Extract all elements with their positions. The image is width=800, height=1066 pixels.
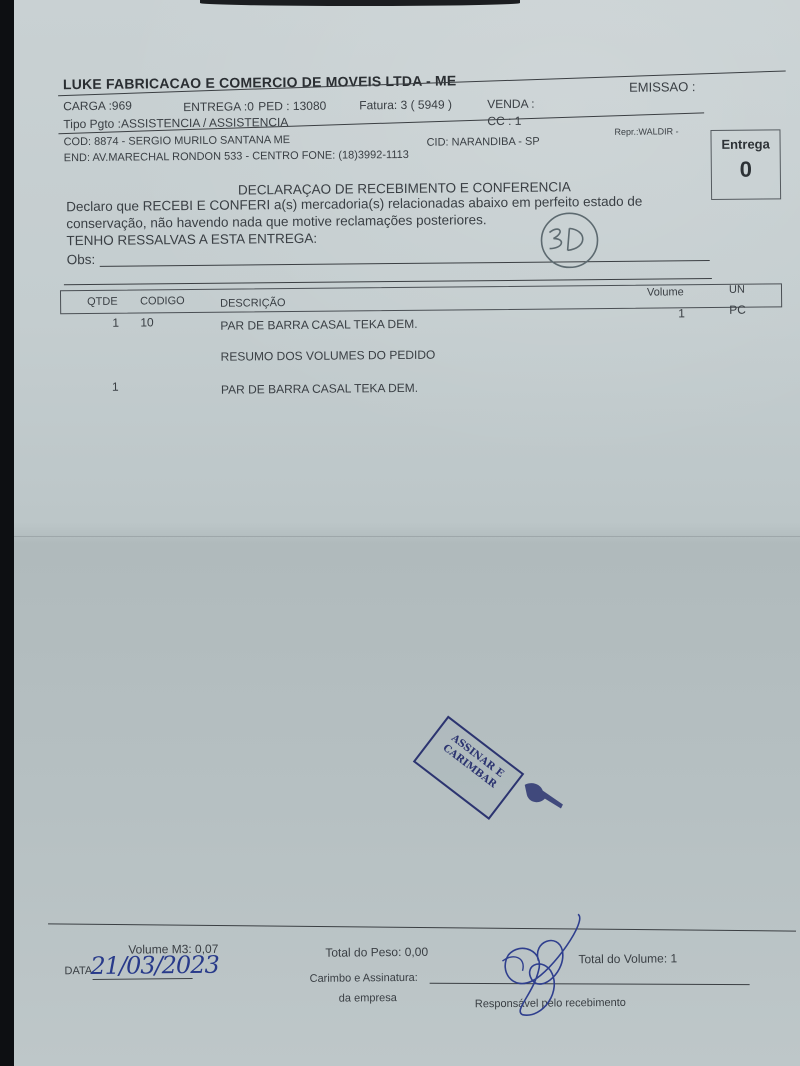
col-descricao: DESCRIÇÃO (220, 297, 286, 310)
cc-value: CC : 1 (487, 114, 521, 128)
entrega-box-value: 0 (712, 156, 780, 183)
assinar-carimbar-stamp: ASSINAR E CARIMBAR (413, 716, 524, 820)
da-empresa-label: da empresa (339, 992, 397, 1005)
row-volume: 1 (678, 306, 685, 320)
carimbo-label: Carimbo e Assinatura: (310, 972, 418, 985)
col-un: UN (729, 284, 745, 296)
total-peso: Total do Peso: 0,00 (325, 945, 428, 960)
row-un: PC (729, 303, 746, 317)
declaration-line-3: TENHO RESSALVAS A ESTA ENTREGA: (66, 231, 317, 248)
emissao-label: EMISSAO : (629, 79, 696, 95)
entrega-box-label: Entrega (712, 136, 780, 152)
handwritten-date: 21/03/2023 (90, 951, 219, 980)
row-qtde: 1 (112, 316, 119, 330)
pointing-hand-icon (523, 778, 569, 812)
handwritten-circle-mark (535, 208, 606, 279)
row-codigo: 10 (140, 315, 153, 329)
items-table-header: QTDE CODIGO DESCRIÇÃO Volume UN (60, 283, 782, 314)
fatura-number: Fatura: 3 ( 5949 ) (359, 97, 452, 112)
signature-scribble (492, 910, 593, 1021)
cidade: CID: NARANDIBA - SP (427, 136, 540, 149)
venda-label: VENDA : (487, 97, 534, 111)
data-label: DATA (64, 965, 92, 977)
footer-divider (48, 923, 796, 931)
cliente-codigo: COD: 8874 - SERGIO MURILO SANTANA ME (63, 134, 290, 148)
carga: CARGA :969 (63, 99, 132, 114)
endereco: END: AV.MARECHAL RONDON 533 - CENTRO FON… (64, 149, 409, 164)
col-codigo: CODIGO (140, 295, 185, 307)
declaration-line-2: conservação, não havendo nada que motive… (66, 212, 486, 231)
obs-line[interactable] (100, 260, 710, 267)
entrega-number: ENTREGA :0 (183, 99, 254, 114)
col-volume: Volume (647, 286, 684, 298)
entrega-box: Entrega 0 (710, 129, 781, 200)
obs-label: Obs: (67, 252, 96, 267)
representante: Repr.:WALDIR - (614, 126, 678, 137)
delivery-receipt: LUKE FABRICACAO E COMERCIO DE MOVEIS LTD… (0, 0, 800, 1066)
col-qtde: QTDE (87, 296, 118, 308)
summary-descricao: PAR DE BARRA CASAL TEKA DEM. (221, 381, 418, 397)
total-volume: Total do Volume: 1 (578, 951, 677, 966)
pedido-number: PED : 13080 (258, 99, 326, 114)
summary-title: RESUMO DOS VOLUMES DO PEDIDO (221, 348, 436, 364)
row-descricao: PAR DE BARRA CASAL TEKA DEM. (220, 317, 417, 333)
summary-qtde: 1 (112, 380, 119, 394)
